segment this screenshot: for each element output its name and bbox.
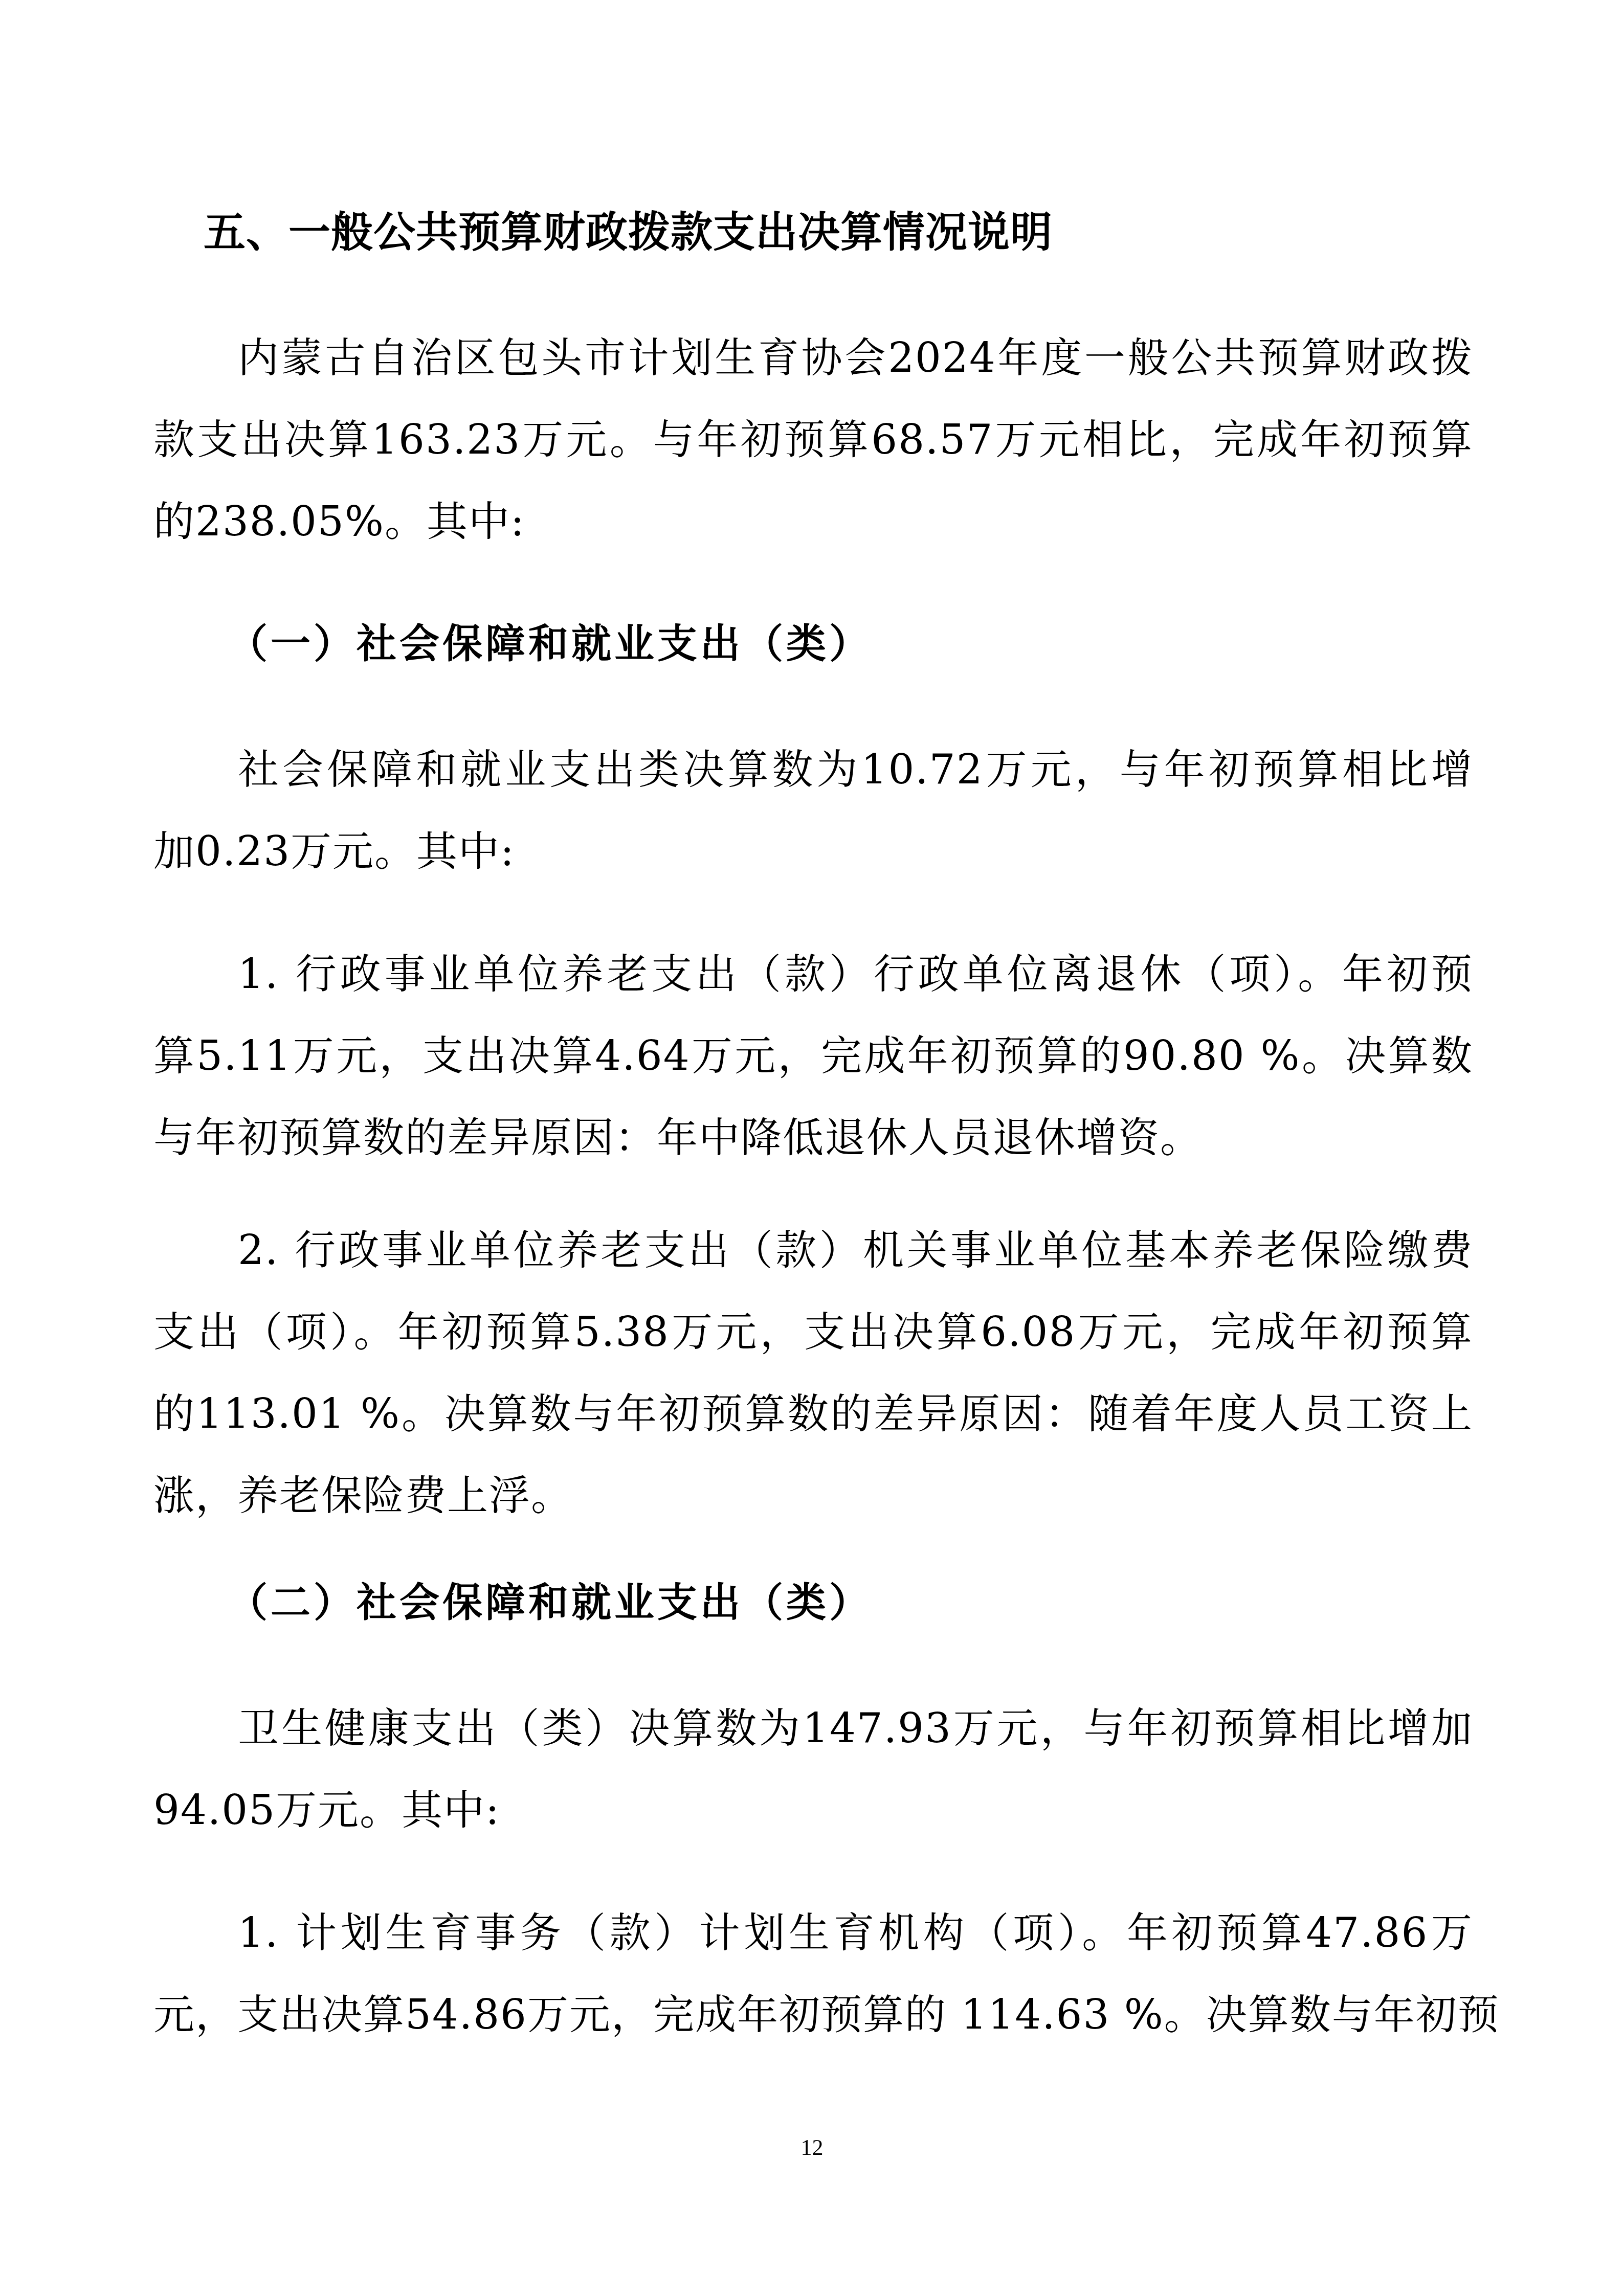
item-2-1-line-2: 元，支出决算54.86万元，完成年初预算的 114.63 %。决算数与年初预 [153,1989,1473,2040]
section-title: 五、一般公共预算财政拨款支出决算情况说明 [204,207,1053,258]
subsection-2-heading: （二）社会保障和就业支出（类） [228,1578,872,1629]
subsection-1-summary-line-1: 社会保障和就业支出类决算数为10.72万元，与年初预算相比增 [238,744,1473,795]
item-1-1-line-2: 算5.11万元，支出决算4.64万元，完成年初预算的90.80 %。决算数 [153,1030,1473,1082]
subsection-2-summary-line-1: 卫生健康支出（类）决算数为147.93万元，与年初预算相比增加 [238,1703,1473,1754]
subsection-1-heading: （一）社会保障和就业支出（类） [228,619,872,670]
intro-line-3: 的238.05%。其中: [153,496,1473,547]
item-1-2-line-3: 的113.01 %。决算数与年初预算数的差异原因：随着年度人员工资上 [153,1388,1473,1439]
subsection-1-summary-line-2: 加0.23万元。其中: [153,826,1473,877]
intro-line-1: 内蒙古自治区包头市计划生育协会2024年度一般公共预算财政拨 [238,332,1473,384]
item-2-1-line-1: 1. 计划生育事务（款）计划生育机构（项）。年初预算47.86万 [238,1907,1473,1959]
item-1-2-line-1: 2. 行政事业单位养老支出（款）机关事业单位基本养老保险缴费 [238,1225,1473,1276]
item-1-2-line-4: 涨，养老保险费上浮。 [153,1470,1473,1521]
item-1-2-line-2: 支出（项）。年初预算5.38万元，支出决算6.08万元，完成年初预算 [153,1307,1473,1358]
item-1-1-line-1: 1. 行政事业单位养老支出（款）行政单位离退休（项）。年初预 [238,949,1473,1000]
document-page: 五、一般公共预算财政拨款支出决算情况说明 内蒙古自治区包头市计划生育协会2024… [0,0,1624,2296]
subsection-2-summary-line-2: 94.05万元。其中: [153,1785,1473,1836]
intro-line-2: 款支出决算163.23万元。与年初预算68.57万元相比，完成年初预算 [153,414,1473,465]
item-1-1-line-3: 与年初预算数的差异原因：年中降低退休人员退休增资。 [153,1112,1473,1163]
page-number: 12 [0,2132,1624,2163]
